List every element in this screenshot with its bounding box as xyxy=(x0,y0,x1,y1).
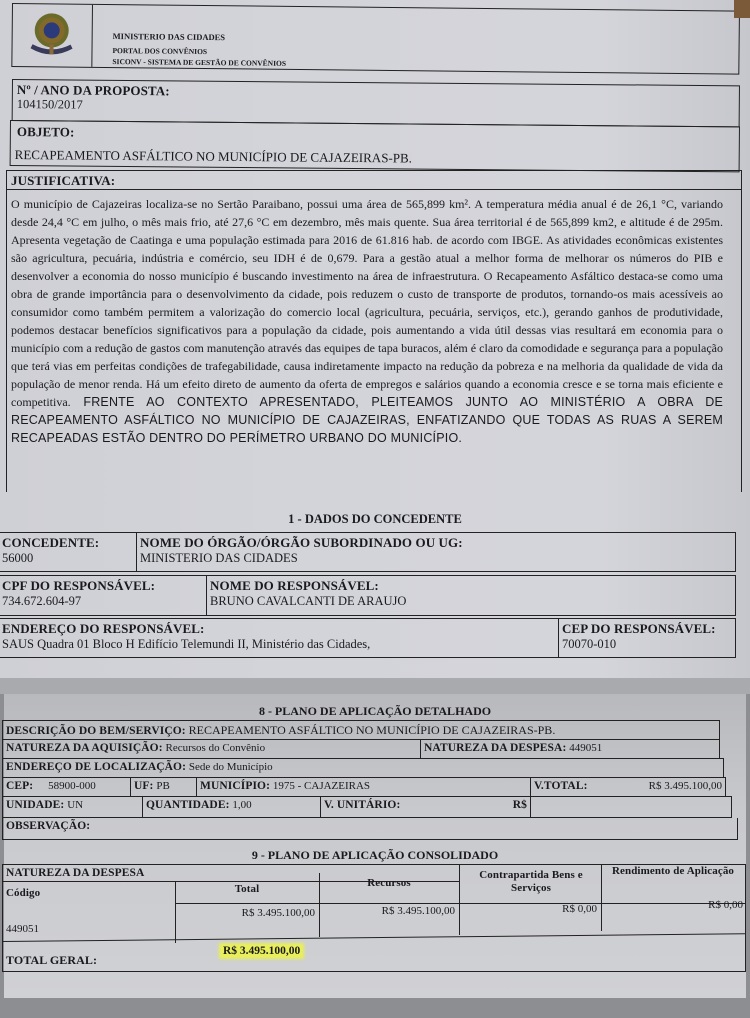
aquisicao-cell: NATUREZA DA AQUISIÇÃO: Recursos do Convê… xyxy=(3,740,421,758)
endereco-cell: ENDEREÇO DO RESPONSÁVEL: SAUS Quadra 01 … xyxy=(0,619,559,657)
object-label: OBJETO: xyxy=(17,124,75,141)
uf-label: UF: xyxy=(134,780,153,792)
concedente-row: CONCEDENTE: 56000 NOME DO ÓRGÃO/ÓRGÃO SU… xyxy=(0,532,736,572)
system-name: SICONV - SISTEMA DE GESTÃO DE CONVÊNIOS xyxy=(112,56,286,69)
observacao-label: OBSERVAÇÃO: xyxy=(6,820,90,832)
nome-label: NOME DO RESPONSÁVEL: xyxy=(210,578,732,594)
quantidade-label: QUANTIDADE: xyxy=(146,799,230,811)
document-page-2: 8 - PLANO DE APLICAÇÃO DETALHADO DESCRIÇ… xyxy=(0,694,750,1018)
col-header-contrapartida: Contrapartida Bens e Serviços xyxy=(461,869,601,895)
uf-cell: UF: PB xyxy=(131,778,197,796)
aquisicao-label: NATUREZA DA AQUISIÇÃO: xyxy=(6,742,163,754)
justification-box: JUSTIFICATIVA: O município de Cajazeiras… xyxy=(6,170,742,492)
municipio-cell: MUNICÍPIO: 1975 - CAJAZEIRAS xyxy=(197,778,531,796)
observacao-cell: OBSERVAÇÃO: xyxy=(3,818,737,839)
divider xyxy=(7,189,741,190)
unidade-value: UN xyxy=(67,799,83,811)
localizacao-cell: ENDEREÇO DE LOCALIZAÇÃO: Sede do Municíp… xyxy=(3,759,723,777)
row-divider xyxy=(3,933,745,942)
despesa-value: 449051 xyxy=(569,742,602,754)
observacao-row: OBSERVAÇÃO: xyxy=(2,818,738,840)
section-title-plano-consolidado: 9 - PLANO DE APLICAÇÃO CONSOLIDADO xyxy=(4,848,746,863)
cep-label: CEP DO RESPONSÁVEL: xyxy=(562,621,732,637)
vtotal-empty-cell xyxy=(531,797,731,817)
document-page-1: MINISTERIO DAS CIDADES PORTAL DOS CONVÊN… xyxy=(0,0,750,678)
vtotal-cell: V.TOTAL: R$ 3.495.100,00 xyxy=(531,778,725,796)
aquisicao-value: Recursos do Convênio xyxy=(166,742,266,754)
orgao-label: NOME DO ÓRGÃO/ÓRGÃO SUBORDINADO OU UG: xyxy=(140,535,732,551)
emblem-cell xyxy=(12,4,93,67)
descricao-cell: DESCRIÇÃO DO BEM/SERVIÇO: RECAPEAMENTO A… xyxy=(3,721,719,739)
section-title-plano-detalhado: 8 - PLANO DE APLICAÇÃO DETALHADO xyxy=(4,704,746,719)
col-divider xyxy=(601,865,602,931)
justification-label: JUSTIFICATIVA: xyxy=(11,173,115,189)
aquisicao-row: NATUREZA DA AQUISIÇÃO: Recursos do Convê… xyxy=(2,739,720,759)
localizacao-value: Sede do Município xyxy=(189,761,273,773)
endereco-label: ENDEREÇO DO RESPONSÁVEL: xyxy=(2,621,555,637)
localizacao-row: ENDEREÇO DE LOCALIZAÇÃO: Sede do Municíp… xyxy=(2,758,724,778)
cell-codigo: 449051 xyxy=(6,923,39,935)
descricao-label: DESCRIÇÃO DO BEM/SERVIÇO: xyxy=(6,725,186,737)
vtotal-value: R$ 3.495.100,00 xyxy=(649,780,722,792)
endereco-value: SAUS Quadra 01 Bloco H Edifício Telemund… xyxy=(2,637,555,652)
col-header-codigo: Código xyxy=(6,887,40,899)
despesa-label: NATUREZA DA DESPESA: xyxy=(424,742,566,754)
cell-total: R$ 3.495.100,00 xyxy=(175,907,315,919)
concedente-label: CONCEDENTE: xyxy=(2,535,133,551)
col-header-recursos: Recursos xyxy=(319,877,459,889)
total-geral-label: TOTAL GERAL: xyxy=(6,953,97,968)
ministry-name: MINISTERIO DAS CIDADES xyxy=(113,31,287,44)
object-value: RECAPEAMENTO ASFÁLTICO NO MUNICÍPIO DE C… xyxy=(15,147,412,166)
col-header-rendimento: Rendimento de Aplicação xyxy=(601,865,745,878)
cep-detalhe-value: 58900-000 xyxy=(48,780,96,792)
photo-gap xyxy=(0,678,750,694)
cep-detalhe-cell: CEP: 58900-000 xyxy=(3,778,131,796)
justification-text: O município de Cajazeiras localiza-se no… xyxy=(11,197,723,409)
cell-recursos: R$ 3.495.100,00 xyxy=(319,905,455,917)
page-2-paper: 8 - PLANO DE APLICAÇÃO DETALHADO DESCRIÇ… xyxy=(4,694,746,998)
object-box: OBJETO: RECAPEAMENTO ASFÁLTICO NO MUNICÍ… xyxy=(10,120,740,172)
coat-of-arms-icon xyxy=(26,10,76,59)
section-title-concedente: 1 - DADOS DO CONCEDENTE xyxy=(0,512,750,527)
cep-detalhe-label: CEP: xyxy=(6,780,33,792)
descricao-value: RECAPEAMENTO ASFÁLTICO NO MUNICÍPIO DE C… xyxy=(189,723,556,737)
cep-value: 70070-010 xyxy=(562,637,732,652)
total-geral-value: R$ 3.495.100,00 xyxy=(221,945,302,957)
municipio-label: MUNICÍPIO: xyxy=(200,780,270,792)
orgao-cell: NOME DO ÓRGÃO/ÓRGÃO SUBORDINADO OU UG: M… xyxy=(137,533,735,571)
vunitario-cell: V. UNITÁRIO: R$ xyxy=(321,797,531,817)
header-text: MINISTERIO DAS CIDADES PORTAL DOS CONVÊN… xyxy=(112,31,286,69)
vunitario-label: V. UNITÁRIO: xyxy=(324,799,400,811)
nome-cell: NOME DO RESPONSÁVEL: BRUNO CAVALCANTI DE… xyxy=(207,576,735,615)
vunitario-currency: R$ xyxy=(513,799,527,811)
uf-value: PB xyxy=(156,780,169,792)
cell-rendimento: R$ 0,00 xyxy=(601,899,743,911)
endereco-row: ENDEREÇO DO RESPONSÁVEL: SAUS Quadra 01 … xyxy=(0,618,736,658)
proposal-value: 104150/2017 xyxy=(17,97,83,113)
vtotal-label: V.TOTAL: xyxy=(534,780,588,792)
cpf-cell: CPF DO RESPONSÁVEL: 734.672.604-97 xyxy=(0,576,207,615)
nome-value: BRUNO CAVALCANTI DE ARAUJO xyxy=(210,594,732,609)
orgao-value: MINISTERIO DAS CIDADES xyxy=(140,551,732,566)
unidade-label: UNIDADE: xyxy=(6,799,64,811)
document-header: MINISTERIO DAS CIDADES PORTAL DOS CONVÊN… xyxy=(11,3,740,75)
unidade-row: UNIDADE: UN QUANTIDADE: 1,00 V. UNITÁRIO… xyxy=(2,796,732,818)
col-header-total: Total xyxy=(175,883,319,895)
quantidade-cell: QUANTIDADE: 1,00 xyxy=(143,797,321,817)
localizacao-label: ENDEREÇO DE LOCALIZAÇÃO: xyxy=(6,761,186,773)
cell-contrapartida: R$ 0,00 xyxy=(459,903,597,915)
unidade-cell: UNIDADE: UN xyxy=(3,797,143,817)
despesa-cell: NATUREZA DA DESPESA: 449051 xyxy=(421,740,719,758)
concedente-value: 56000 xyxy=(2,551,133,566)
cep-uf-row: CEP: 58900-000 UF: PB MUNICÍPIO: 1975 - … xyxy=(2,777,726,797)
concedente-cell: CONCEDENTE: 56000 xyxy=(0,533,137,571)
quantidade-value: 1,00 xyxy=(232,799,251,811)
total-geral-value-wrapper: R$ 3.495.100,00 xyxy=(221,945,302,957)
cpf-label: CPF DO RESPONSÁVEL: xyxy=(2,578,203,594)
justification-text-caps: FRENTE AO CONTEXTO APRESENTADO, PLEITEAM… xyxy=(11,395,723,445)
responsavel-row: CPF DO RESPONSÁVEL: 734.672.604-97 NOME … xyxy=(0,575,736,616)
col-divider xyxy=(459,865,460,935)
natureza-group-label: NATUREZA DA DESPESA xyxy=(6,867,144,879)
cpf-value: 734.672.604-97 xyxy=(2,594,203,609)
consolidado-table: NATUREZA DA DESPESA Código Total Recurso… xyxy=(2,864,746,972)
municipio-value: 1975 - CAJAZEIRAS xyxy=(273,780,370,792)
descricao-row: DESCRIÇÃO DO BEM/SERVIÇO: RECAPEAMENTO A… xyxy=(2,720,720,740)
justification-body: O município de Cajazeiras localiza-se no… xyxy=(11,195,723,447)
cep-cell: CEP DO RESPONSÁVEL: 70070-010 xyxy=(559,619,735,657)
